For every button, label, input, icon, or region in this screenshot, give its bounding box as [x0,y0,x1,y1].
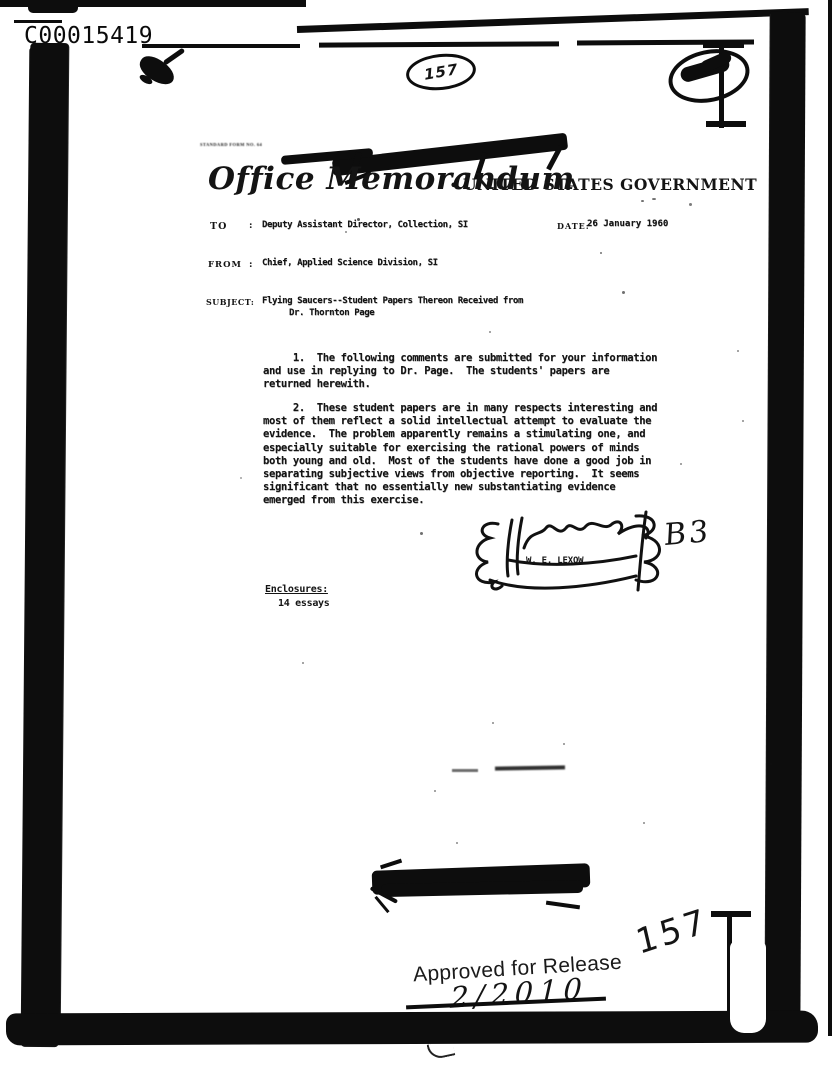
scan-artifact-top-blob [28,0,78,13]
subject-value-line1: Flying Saucers--Student Papers Thereon R… [262,296,523,306]
handwritten-marginal-note: B3 [663,514,712,553]
subject-label: SUBJECT: [206,297,254,307]
scan-noise-dot [643,822,645,824]
to-colon: : [249,220,254,231]
from-label: FROM [208,260,242,270]
scan-artifact-top-edge-line [297,8,809,33]
scan-artifact-dashed-line [319,41,559,47]
scan-artifact-dashed-line [142,44,300,48]
circled-number-annotation: 157 [404,50,477,93]
typed-signature-name: W. E. LEXOW [526,556,583,566]
scan-noise-dot [489,331,491,333]
org-name: UNITED STATES GOVERNMENT [463,175,757,194]
scanned-memo-page: 157 C00015419 STANDARD FORM NO. 64 Offic… [0,0,832,1080]
scan-border-left [22,43,69,1043]
scan-noise-dot [420,532,423,535]
bottom-redaction-scribble [381,880,583,897]
scan-noise-dot [345,231,347,233]
date-label: DATE: [557,221,590,231]
scan-noise-dot [742,420,744,422]
scan-noise-dot [302,662,304,664]
page-curl-notch [730,940,766,1033]
scan-noise-dot [492,722,494,724]
document-scan-id: C00015419 [24,23,153,49]
enclosures-label: Enclosures: [265,584,328,595]
subject-value-line2: Dr. Thornton Page [289,308,374,318]
scan-noise-dot [434,790,436,792]
scan-border-right [765,12,805,1032]
scan-border-bottom [6,1011,818,1046]
bottom-redaction-scribble [546,901,580,909]
scan-noise-dot [737,350,739,352]
scan-noise-dot [622,291,625,294]
from-value: Chief, Applied Science Division, SI [262,258,438,268]
scan-noise-dot [600,252,602,254]
scan-noise-dot [456,842,458,844]
scan-noise-dot [563,743,565,745]
scan-noise-dot [652,198,656,200]
bottom-redaction-scribble [380,859,402,869]
scan-edge-right-thin [828,0,832,1036]
scan-noise-dot [689,203,692,206]
form-number: STANDARD FORM NO. 64 [200,142,262,147]
crop-mark-top-right [706,121,746,127]
to-value: Deputy Assistant Director, Collection, S… [262,220,468,230]
to-label: TO [210,221,227,232]
scan-noise-dot [641,200,644,202]
title-bullet: • [449,176,458,195]
body-paragraph-2: 2. These student papers are in many resp… [263,402,751,508]
scan-noise-dot [240,477,242,479]
scan-smudge [452,769,478,772]
from-colon: : [249,259,254,270]
crop-mark-top-right [703,43,744,48]
date-value: 26 January 1960 [587,219,668,229]
crop-mark-bottom-right [711,911,751,917]
scan-smudge [495,765,565,770]
handwritten-page-number: 157 [632,901,711,963]
circled-number-text: 157 [423,60,459,84]
ink-blob-top-left [163,48,186,66]
scan-noise-dot [357,218,360,221]
enclosures-value: 14 essays [278,598,330,609]
scan-noise-dot [770,763,772,765]
scan-noise-dot [680,463,682,465]
body-paragraph-1: 1. The following comments are submitted … [263,352,751,392]
